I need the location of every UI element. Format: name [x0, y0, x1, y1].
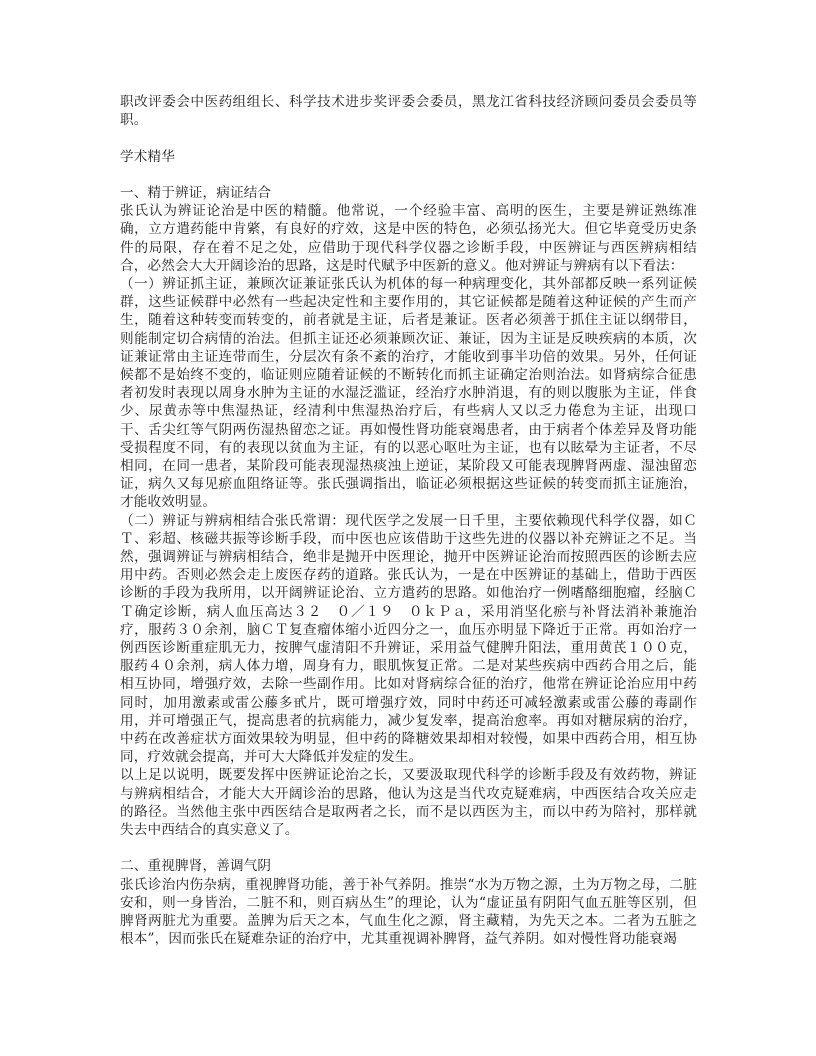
paragraph-point-2: （二）辨证与辨病相结合张氏常谓：现代医学之发展一日千里，主要依赖现代科学仪器，如…: [120, 512, 697, 767]
subsection-title-1: 一、精于辨证，病证结合: [120, 184, 697, 202]
paragraph-point-1: （一）辨证抓主证，兼顾次证兼证张氏认为机体的每一种病理变化，其外部都反映一系列证…: [120, 275, 697, 512]
section-title-academic-essence: 学术精华: [120, 148, 697, 166]
paragraph-continuation: 职改评委会中医药组组长、科学技术进步奖评委会委员，黑龙江省科技经济顾问委员会委员…: [120, 93, 697, 129]
subsection-title-2: 二、重视脾肾，善调气阴: [120, 857, 697, 875]
paragraph-summary: 以上足以说明，既要发挥中医辨证论治之长，又要汲取现代科学的诊断手段及有效药物，辨…: [120, 766, 697, 839]
document-page: 职改评委会中医药组组长、科学技术进步奖评委会委员，黑龙江省科技经济顾问委员会委员…: [0, 0, 816, 1056]
paragraph-section-2-intro: 张氏诊治内伤杂病，重视脾肾功能，善于补气养阴。推崇“水为万物之源，土为万物之母，…: [120, 876, 697, 949]
paragraph-intro: 张氏认为辨证论治是中医的精髓。他常说，一个经验丰富、高明的医生，主要是辨证熟练准…: [120, 202, 697, 275]
